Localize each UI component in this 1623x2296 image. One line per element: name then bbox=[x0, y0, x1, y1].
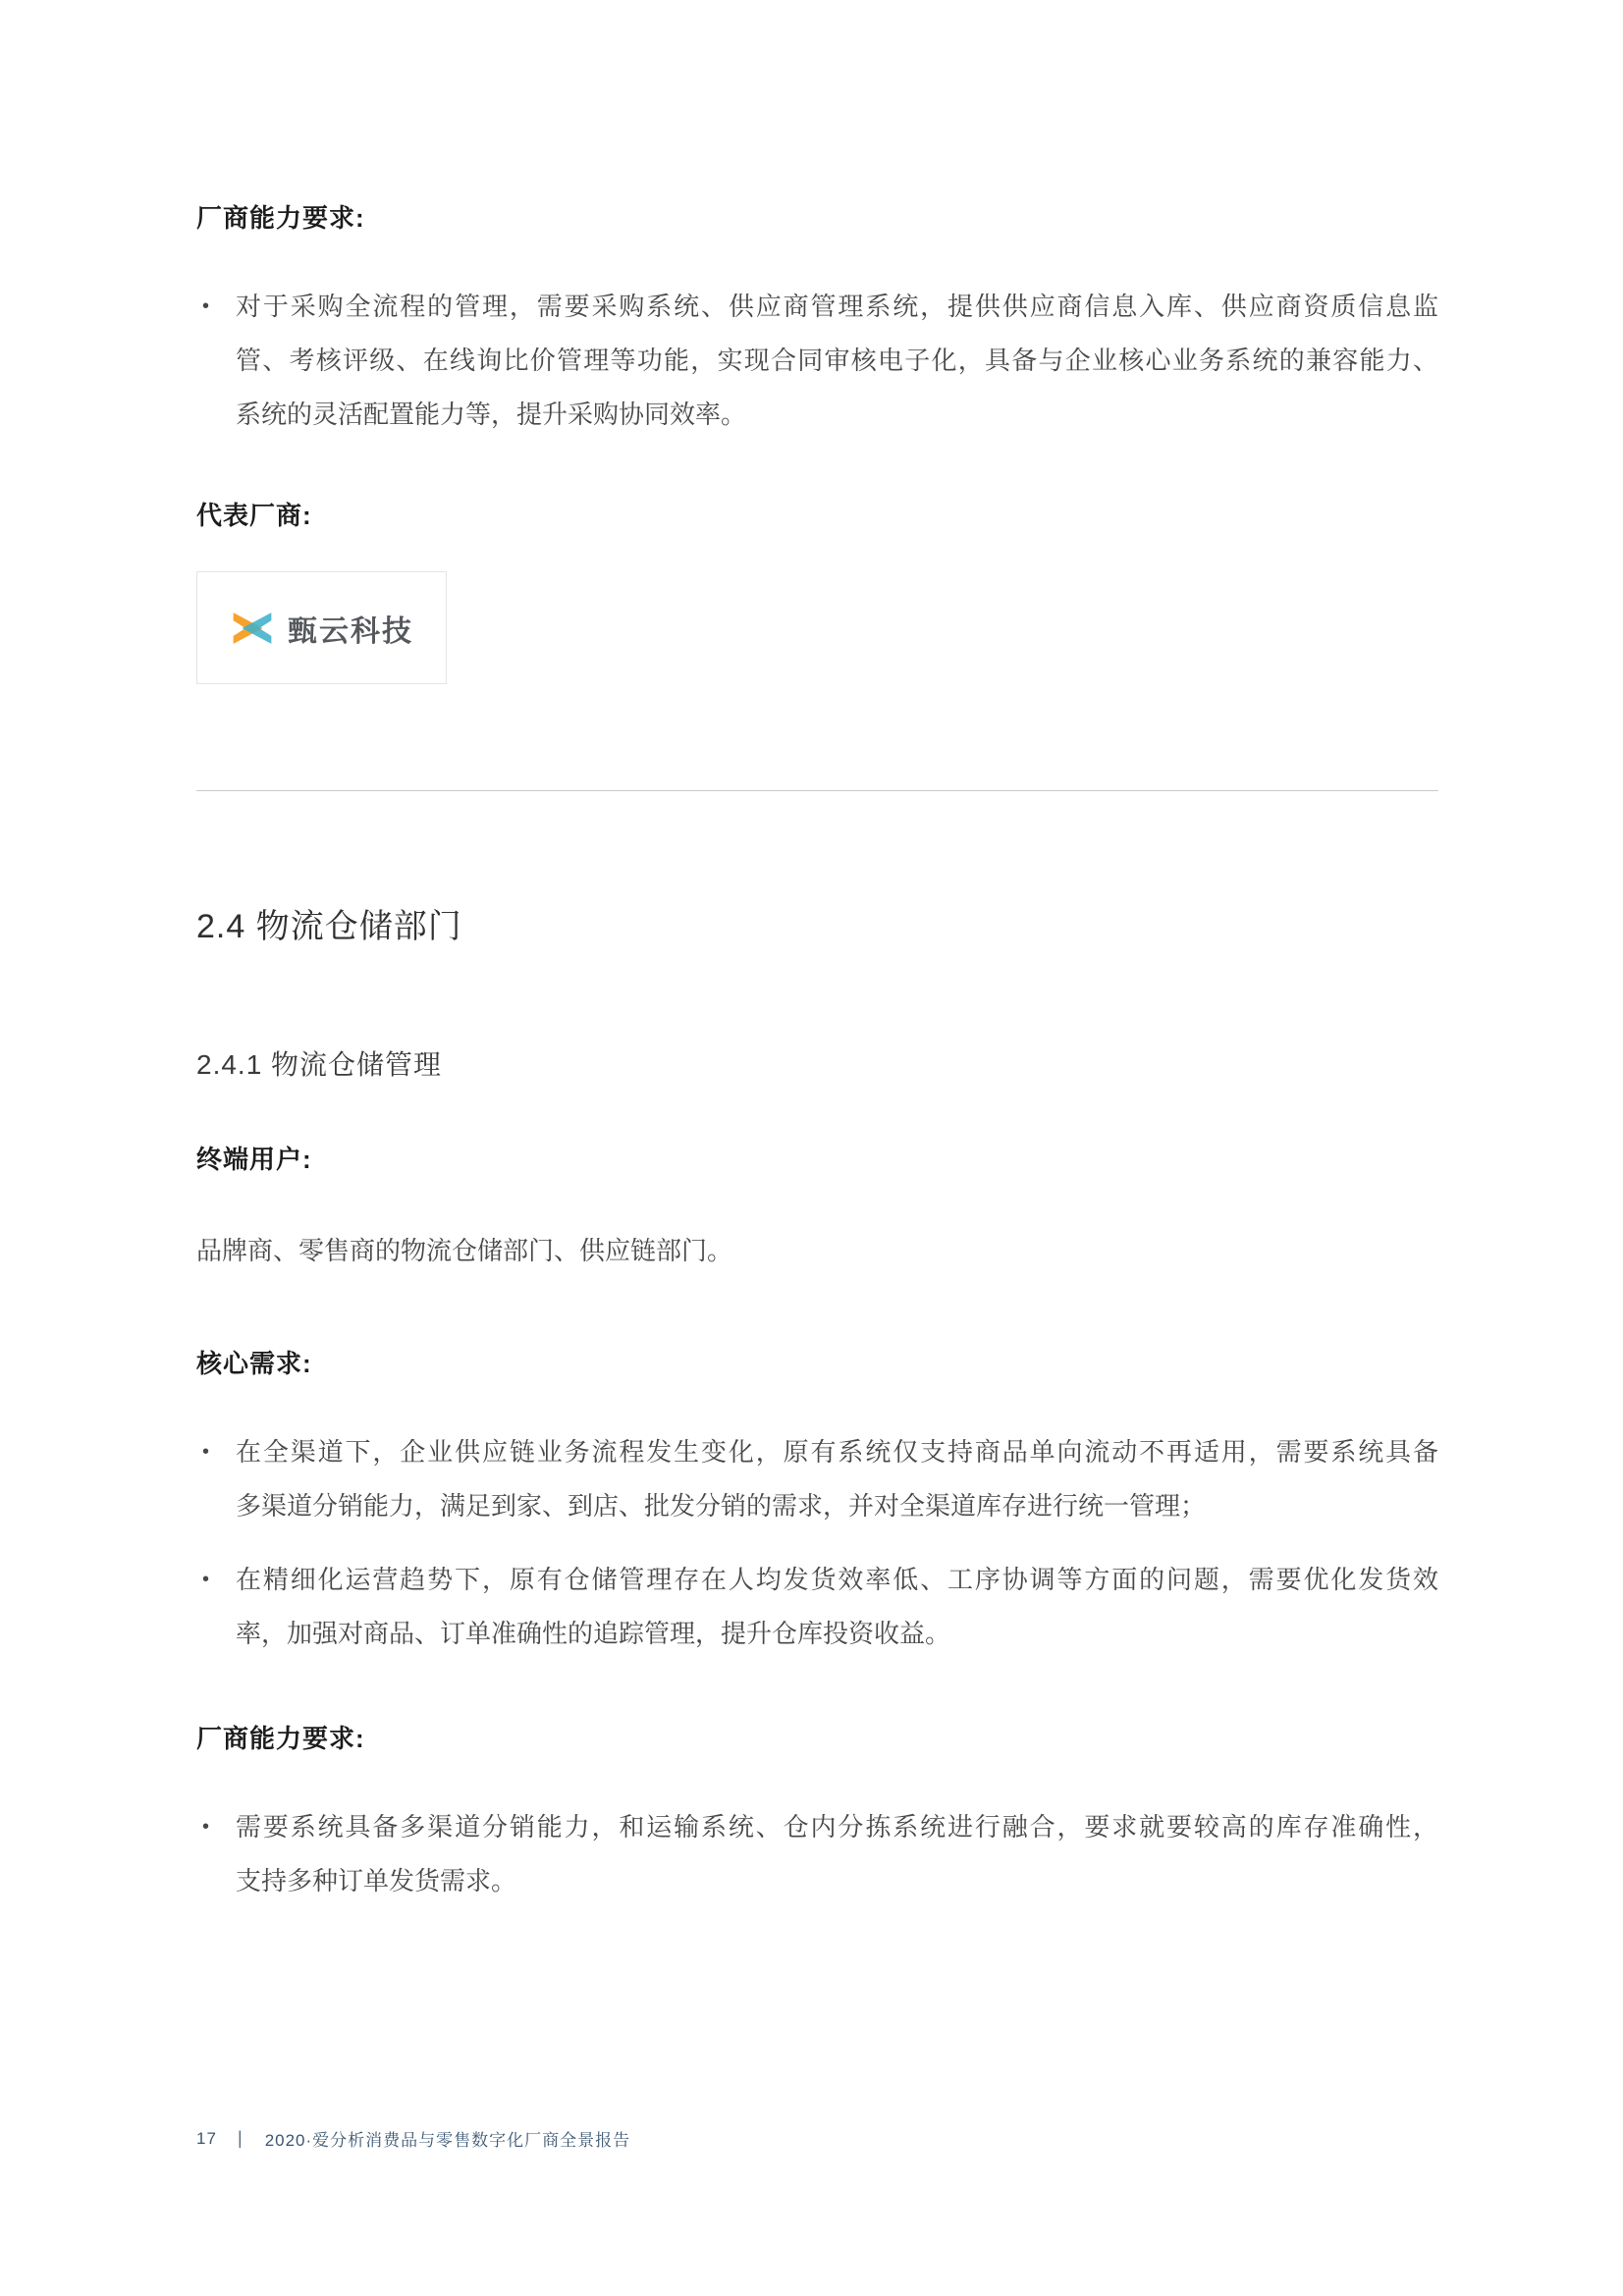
bullet-line: 在全渠道下，企业供应链业务流程发生变化，原有系统仅支持商品单向流动不再适用，需要… bbox=[236, 1425, 1438, 1479]
bullet-icon: • bbox=[196, 1425, 236, 1479]
list-item: • 对于采购全流程的管理，需要采购系统、供应商管理系统，提供供应商信息入库、供应… bbox=[196, 280, 1438, 442]
capability-heading-logistics: 厂商能力要求: bbox=[196, 1722, 1438, 1755]
section-heading: 2.4 物流仓储部门 bbox=[196, 905, 1438, 948]
capability-bullet-list: • 对于采购全流程的管理，需要采购系统、供应商管理系统，提供供应商信息入库、供应… bbox=[196, 280, 1438, 442]
list-item: • 在精细化运营趋势下，原有仓储管理存在人均发货效率低、工序协调等方面的问题，需… bbox=[196, 1553, 1438, 1661]
list-item: • 在全渠道下，企业供应链业务流程发生变化，原有系统仅支持商品单向流动不再适用，… bbox=[196, 1425, 1438, 1533]
bullet-icon: • bbox=[196, 1800, 236, 1854]
bullet-text: 需要系统具备多渠道分销能力，和运输系统、仓内分拣系统进行融合，要求就要较高的库存… bbox=[236, 1800, 1438, 1908]
report-title: 2020·爱分析消费品与零售数字化厂商全景报告 bbox=[265, 2126, 630, 2151]
footer-separator: | bbox=[238, 2128, 243, 2149]
bullet-line: 管、考核评级、在线询比价管理等功能，实现合同审核电子化，具备与企业核心业务系统的… bbox=[236, 334, 1438, 388]
core-needs-bullet-list: • 在全渠道下，企业供应链业务流程发生变化，原有系统仅支持商品单向流动不再适用，… bbox=[196, 1425, 1438, 1661]
bullet-line: 需要系统具备多渠道分销能力，和运输系统、仓内分拣系统进行融合，要求就要较高的库存… bbox=[236, 1800, 1438, 1854]
logistics-capability-bullet-list: • 需要系统具备多渠道分销能力，和运输系统、仓内分拣系统进行融合，要求就要较高的… bbox=[196, 1800, 1438, 1908]
section-divider bbox=[196, 790, 1438, 791]
subsection-heading: 2.4.1 物流仓储管理 bbox=[196, 1046, 1438, 1084]
bullet-icon: • bbox=[196, 1553, 236, 1607]
end-user-text: 品牌商、零售商的物流仓储部门、供应链部门。 bbox=[196, 1231, 1438, 1270]
capability-heading-procurement: 厂商能力要求: bbox=[196, 201, 1438, 235]
bullet-text: 对于采购全流程的管理，需要采购系统、供应商管理系统，提供供应商信息入库、供应商资… bbox=[236, 280, 1438, 442]
content-area: 厂商能力要求: • 对于采购全流程的管理，需要采购系统、供应商管理系统，提供供应… bbox=[0, 0, 1623, 1908]
bullet-line: 在精细化运营趋势下，原有仓储管理存在人均发货效率低、工序协调等方面的问题，需要优… bbox=[236, 1553, 1438, 1607]
bullet-text: 在精细化运营趋势下，原有仓储管理存在人均发货效率低、工序协调等方面的问题，需要优… bbox=[236, 1553, 1438, 1661]
vendor-name: 甄云科技 bbox=[288, 607, 413, 650]
bullet-line: 率，加强对商品、订单准确性的追踪管理，提升仓库投资收益。 bbox=[236, 1607, 1438, 1661]
bullet-line: 支持多种订单发货需求。 bbox=[236, 1854, 1438, 1908]
report-page: 厂商能力要求: • 对于采购全流程的管理，需要采购系统、供应商管理系统，提供供应… bbox=[0, 0, 1623, 2296]
list-item: • 需要系统具备多渠道分销能力，和运输系统、仓内分拣系统进行融合，要求就要较高的… bbox=[196, 1800, 1438, 1908]
bullet-icon: • bbox=[196, 280, 236, 334]
bullet-text: 在全渠道下，企业供应链业务流程发生变化，原有系统仅支持商品单向流动不再适用，需要… bbox=[236, 1425, 1438, 1533]
vendor-logo-card: 甄云科技 bbox=[196, 571, 447, 684]
core-needs-heading: 核心需求: bbox=[196, 1347, 1438, 1380]
bullet-line: 对于采购全流程的管理，需要采购系统、供应商管理系统，提供供应商信息入库、供应商资… bbox=[236, 280, 1438, 334]
end-user-heading: 终端用户: bbox=[196, 1143, 1438, 1176]
zhenyun-logo-icon bbox=[231, 611, 274, 646]
bullet-line: 系统的灵活配置能力等，提升采购协同效率。 bbox=[236, 388, 1438, 442]
representative-vendor-heading: 代表厂商: bbox=[196, 499, 1438, 532]
bullet-line: 多渠道分销能力，满足到家、到店、批发分销的需求，并对全渠道库存进行统一管理； bbox=[236, 1479, 1438, 1533]
page-footer: 17 | 2020·爱分析消费品与零售数字化厂商全景报告 bbox=[196, 2126, 630, 2151]
page-number: 17 bbox=[196, 2129, 220, 2149]
